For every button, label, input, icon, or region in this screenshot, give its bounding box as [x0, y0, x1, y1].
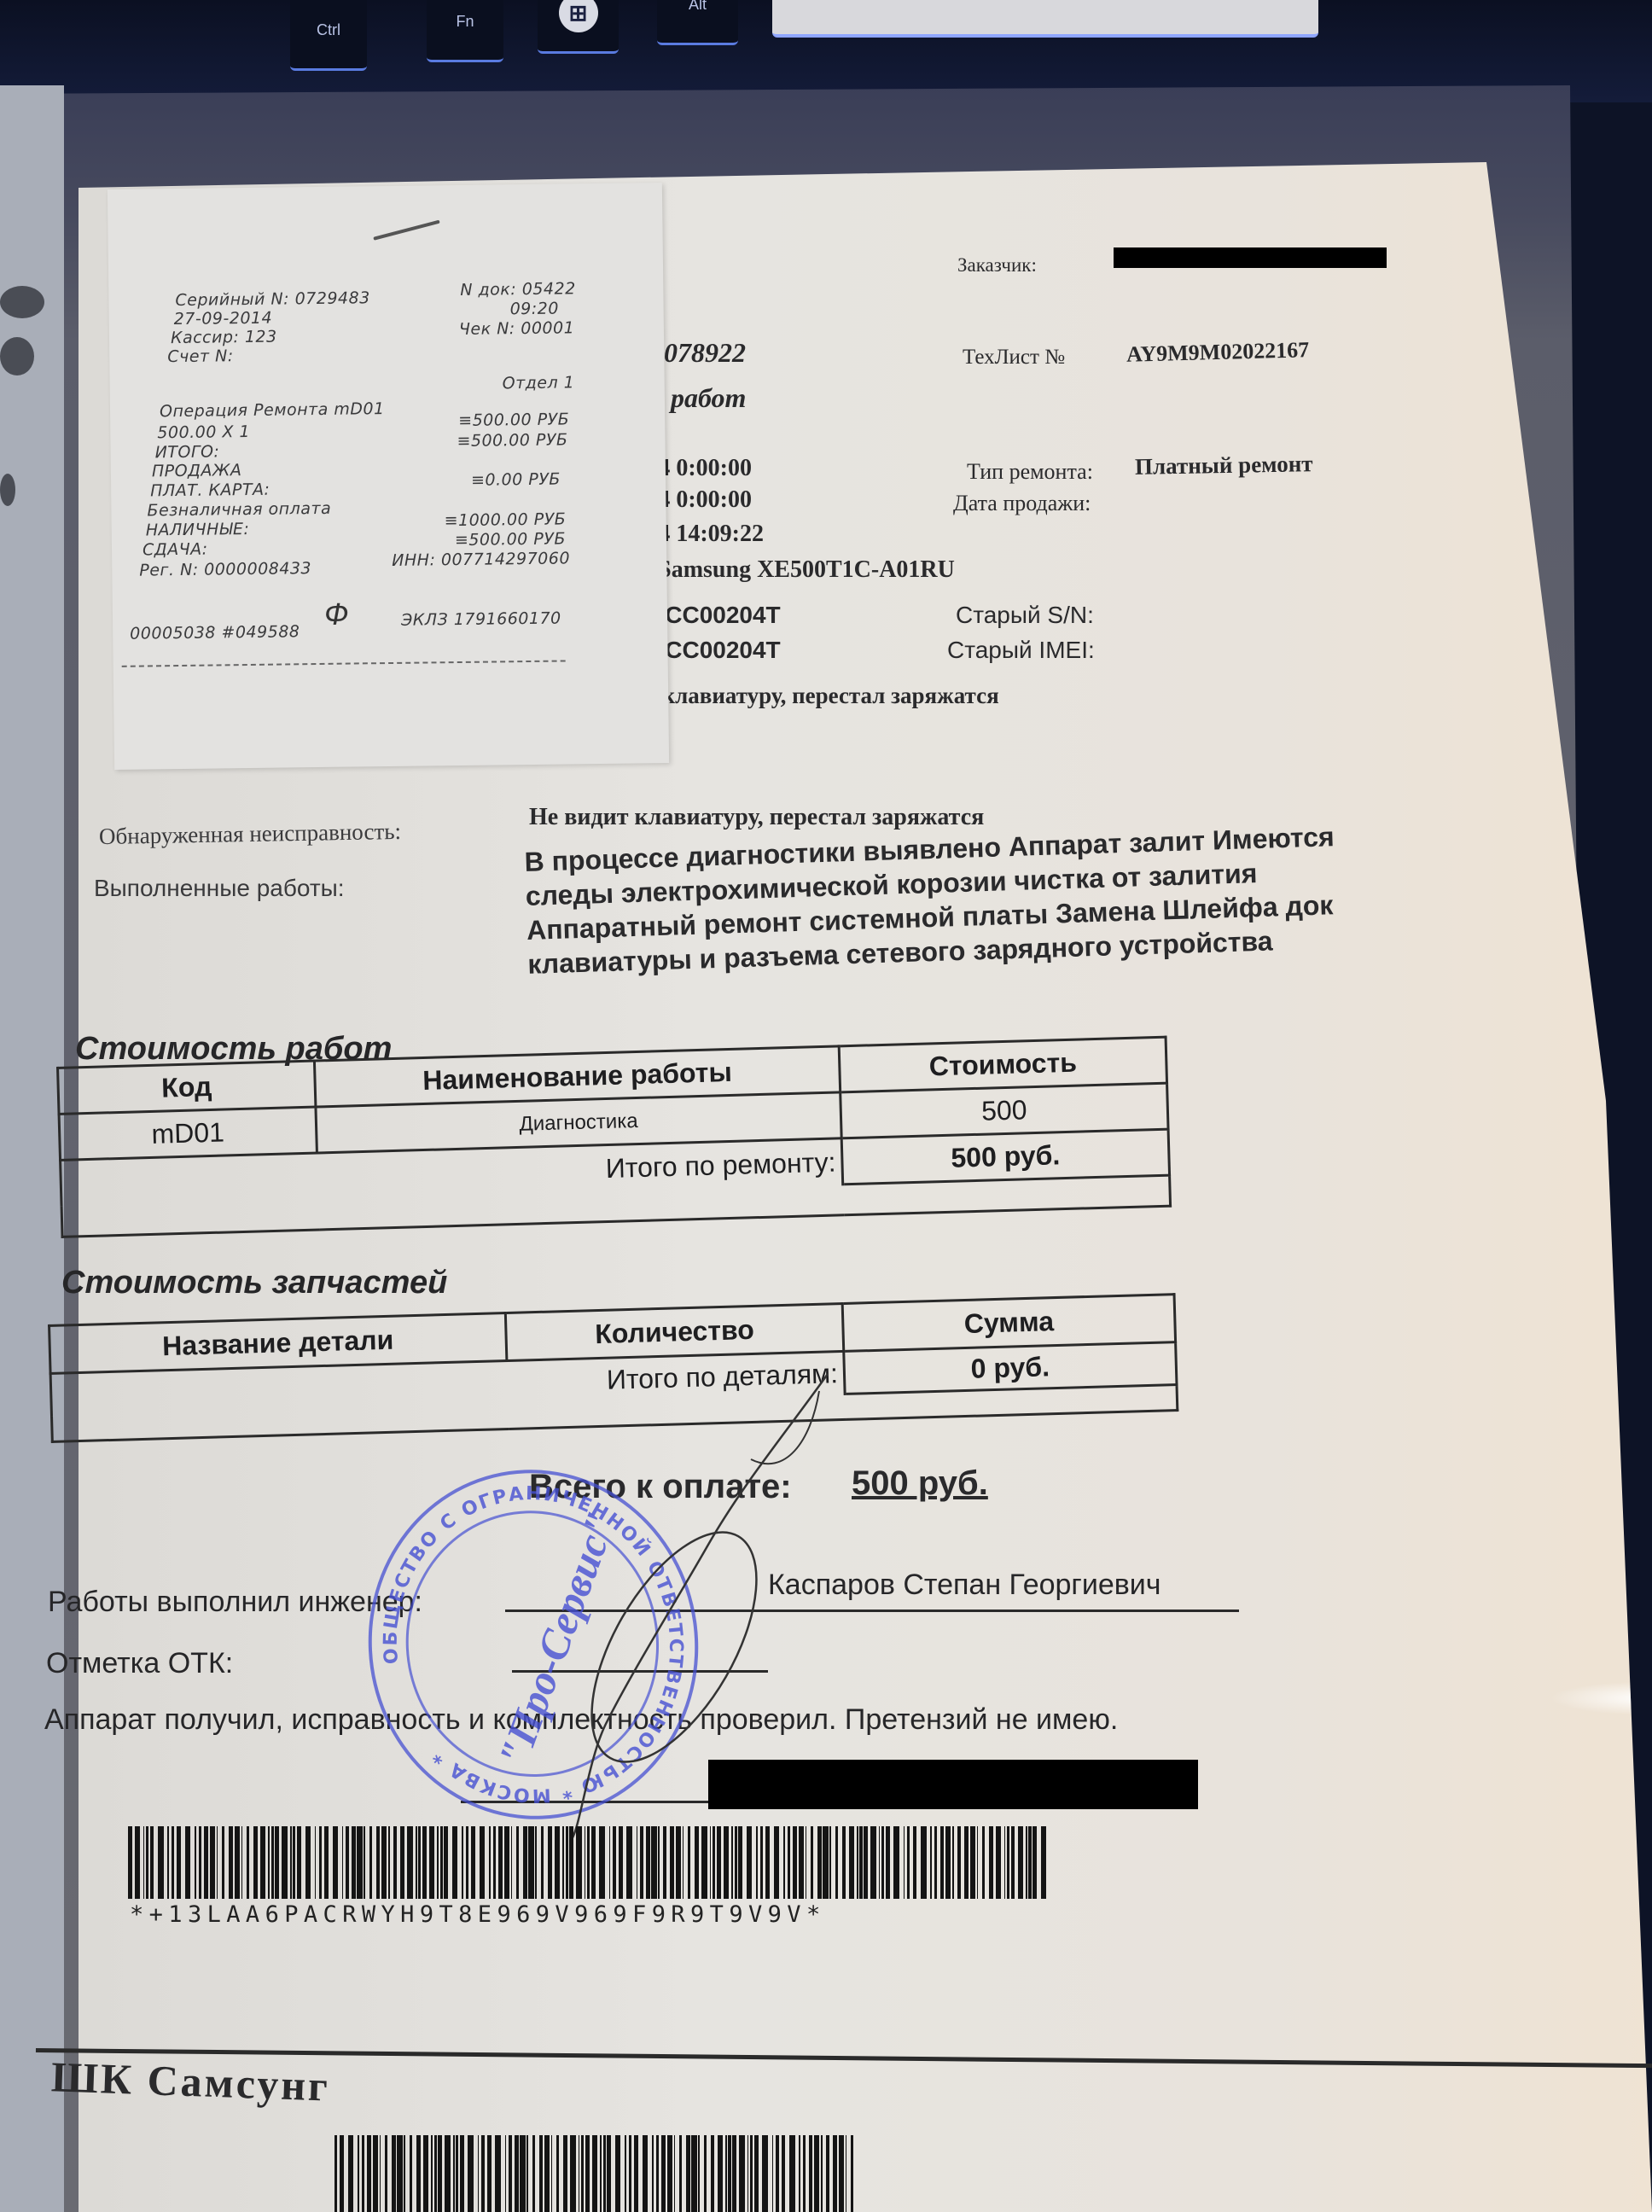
barcode-bar [444, 1826, 448, 1899]
barcode-bar [445, 2135, 450, 2212]
barcode-bar [913, 1826, 917, 1899]
barcode-bar [904, 1826, 905, 1899]
barcode-bar [217, 1826, 218, 1899]
barcode-bar [438, 2135, 442, 2212]
barcode-bar [358, 2135, 359, 2212]
order-number: 2078922 [650, 337, 746, 369]
barcode-bar [857, 1826, 858, 1899]
barcode-bar [735, 1826, 737, 1899]
barcode-bar [373, 2135, 378, 2212]
barcode-bar [821, 2135, 823, 2212]
barcode-bar [204, 1826, 208, 1899]
barcode-bar [305, 1826, 311, 1899]
barcode-bar [539, 2135, 544, 2212]
barcode-bar [964, 1826, 969, 1899]
barcode-bar [581, 2135, 584, 2212]
barcode-bar [431, 2135, 433, 2212]
barcode-bar [619, 1826, 623, 1899]
parts-table-title: Стоимость запчастей [61, 1265, 447, 1301]
barcode-bar [416, 2135, 421, 2212]
barcode-bar [599, 1826, 604, 1899]
techlist-label: ТехЛист № [963, 346, 1065, 370]
barcode-bar [701, 1826, 707, 1899]
barcode-bar [762, 2135, 767, 2212]
barcode-bar [481, 2135, 484, 2212]
barcode-bar [357, 1826, 362, 1899]
customer-label: Заказчик: [957, 254, 1037, 276]
receipt-operation: Операция Ремонта mD01 [160, 399, 385, 421]
barcode-bar [629, 2135, 631, 2212]
barcode-bar [195, 1826, 196, 1899]
barcode-bar [651, 1826, 656, 1899]
barcode-bar [520, 2135, 525, 2212]
barcode-bar [799, 2135, 800, 2212]
barcode-bar [400, 1826, 404, 1899]
barcode-bar [772, 2135, 774, 2212]
barcode-bar [658, 1826, 660, 1899]
barcode-bar [686, 2135, 690, 2212]
barcode-bar [235, 1826, 240, 1899]
otk-label: Отметка ОТК: [46, 1647, 233, 1680]
barcode-bar [418, 1826, 421, 1899]
barcode [128, 1826, 1105, 1899]
barcode-bar [393, 1826, 396, 1899]
works-done-label: Выполненные работы: [94, 875, 345, 902]
barcode-bar [940, 1826, 945, 1899]
barcode-bar [806, 1826, 807, 1899]
barcode-bar [765, 1826, 770, 1899]
barcode-bar [930, 1826, 932, 1899]
barcode-bar [498, 1826, 503, 1899]
barcode-bar [466, 1826, 468, 1899]
barcode-bar [656, 2135, 659, 2212]
barcode-bar [674, 2135, 676, 2212]
barcode-bar [615, 2135, 620, 2212]
barcode-bar [663, 1826, 666, 1899]
barcode-bar [566, 1826, 568, 1899]
barcode-bar [340, 2135, 344, 2212]
barcode-bar [711, 2135, 715, 2212]
barcode-bar [1011, 1826, 1015, 1899]
barcode-bar [185, 1826, 190, 1899]
barcode-bar [416, 1826, 417, 1899]
barcode-bar [952, 1826, 954, 1899]
barcode-bar [471, 1826, 475, 1899]
payment-total-value: 500 руб. [852, 1464, 988, 1503]
barcode-bar [835, 1826, 838, 1899]
barcode-bar [646, 1826, 650, 1899]
binder-hole-icon [0, 286, 44, 318]
binder-hole-icon [0, 337, 34, 375]
receipt-doc-no: N док: 05422 [460, 279, 576, 300]
barcode-bar [661, 2135, 666, 2212]
barcode-bar [754, 2135, 759, 2212]
barcode-bar [146, 1826, 148, 1899]
repair-type-label: Тип ремонта: [967, 459, 1093, 485]
barcode-bar [167, 1826, 169, 1899]
receipt-cash-label: НАЛИЧНЫЕ: [146, 520, 250, 539]
barcode-bar [544, 2135, 550, 2212]
receipt-qty-line: 500.00 X 1 [157, 422, 250, 442]
barcode-bar [907, 1826, 910, 1899]
barcode-bar [504, 1826, 509, 1899]
barcode-bar [849, 1826, 854, 1899]
receipt-change-label: СДАЧА: [143, 540, 208, 560]
barcode-bar [585, 2135, 590, 2212]
receipt-inn: ИНН: 007714297060 [392, 549, 570, 570]
barcode-bar [607, 2135, 611, 2212]
barcode-bar [788, 1826, 790, 1899]
light-glare [1550, 1681, 1652, 1715]
barcode-bar [870, 1826, 875, 1899]
barcode-bar [670, 1826, 674, 1899]
barcode-bar [404, 2135, 405, 2212]
barcode-bar [718, 2135, 723, 2212]
barcode-bar [823, 1826, 828, 1899]
barcode-bar [362, 2135, 364, 2212]
barcode-bar [691, 2135, 696, 2212]
barcode-bar [271, 1826, 274, 1899]
barcode-bar [799, 1826, 804, 1899]
receipt-card-amount: ≡0.00 РУБ [471, 470, 561, 490]
barcode-bar [704, 2135, 707, 2212]
barcode-bar [782, 2135, 786, 2212]
barcode-bar [275, 1826, 279, 1899]
barcode-bar [695, 1826, 699, 1899]
receipt-card-label: ПЛАТ. КАРТА: [150, 480, 270, 501]
barcode-bar [817, 1826, 822, 1899]
barcode-bar [739, 2135, 744, 2212]
ctrl-key-label: Ctrl [317, 21, 340, 39]
barcode-bar [324, 1826, 329, 1899]
barcode-bar [397, 2135, 402, 2212]
barcode-bar [385, 2135, 387, 2212]
barcode-bar [352, 1826, 356, 1899]
pen-mark [373, 220, 439, 241]
barcode-bar [859, 1826, 862, 1899]
device-model: к Samsung XE500T1C-A01RU [638, 556, 955, 584]
barcode-bar [478, 2135, 480, 2212]
barcode-bar [592, 2135, 597, 2212]
barcode-bar [199, 1826, 201, 1899]
old-imei-label: Старый IMEI: [947, 637, 1095, 664]
receipt-check-no: Чек N: 00001 [459, 318, 575, 339]
barcode-bar [732, 2135, 736, 2212]
barcode-bar [541, 1826, 544, 1899]
barcode-bar [846, 2135, 847, 2212]
barcode-bar [676, 1826, 681, 1899]
barcode-bar [833, 2135, 837, 2212]
barcode-bar [579, 2135, 580, 2212]
barcode-bar [563, 2135, 567, 2212]
barcode-bar [1028, 1826, 1031, 1899]
barcode-bar [348, 2135, 353, 2212]
barcode-bar [679, 2135, 682, 2212]
barcode-bar [515, 2135, 519, 2212]
barcode-bar [881, 1826, 884, 1899]
barcode-bar [241, 1826, 243, 1899]
barcode-bar [1018, 1826, 1023, 1899]
footer-label: ШК Самсунг [50, 2052, 331, 2110]
barcode-bar [957, 1826, 960, 1899]
receipt-footer-left: 00005038 #049588 [130, 622, 300, 643]
redacted-customer-name [1114, 247, 1387, 268]
barcode-bar [556, 2135, 559, 2212]
barcode-text: *+13LAA6PACRWYH9T8E969V969F9R9T9V9V* [130, 1901, 826, 1928]
barcode-bar [570, 2135, 575, 2212]
barcode-bar [609, 1826, 611, 1899]
barcode-bar [613, 1826, 615, 1899]
barcode-bar [453, 2135, 455, 2212]
barcode-bar [879, 1826, 881, 1899]
receipt-reg-no: Рег. N: 0000008433 [139, 559, 311, 579]
found-fault-label: Обнаруженная неисправность: [99, 818, 402, 850]
barcode-bar [576, 1826, 581, 1899]
barcode-bar [591, 1826, 596, 1899]
barcode-bar [893, 1826, 899, 1899]
barcode-bar [367, 2135, 371, 2212]
barcode-bar [1032, 1826, 1037, 1899]
barcode-bar [172, 1826, 174, 1899]
receipt-serial: Серийный N: 0729483 [175, 288, 370, 310]
barcode-bar [756, 1826, 758, 1899]
barcode-bar [509, 2135, 511, 2212]
fn-key-label: Fn [456, 13, 474, 31]
barcode-bar [710, 1826, 712, 1899]
barcode-bar [886, 1826, 890, 1899]
barcode-bar [934, 1826, 937, 1899]
barcode-bar [511, 1826, 513, 1899]
barcode-bar [260, 1826, 265, 1899]
works-done-text: В процессе диагностики выявлено Аппарат … [524, 819, 1338, 981]
barcode-bar [177, 1826, 181, 1899]
barcode-bar [829, 1826, 831, 1899]
barcode-bar [364, 1826, 365, 1899]
barcode-bar [634, 2135, 638, 2212]
barcode-bar [839, 2135, 844, 2212]
barcode-bar [587, 1826, 590, 1899]
barcode-bar [526, 2135, 528, 2212]
receipt-date: 27-09-2014 [174, 309, 273, 329]
receipt-change-amount: ≡500.00 РУБ [455, 529, 566, 550]
barcode-bar [268, 1826, 270, 1899]
barcode-bar [434, 2135, 437, 2212]
barcode-bar [738, 1826, 742, 1899]
barcode-bar [222, 1826, 224, 1899]
alt-key: Alt [657, 0, 738, 45]
barcode-bar [429, 1826, 434, 1899]
barcode-bar [297, 1826, 301, 1899]
barcode-bar [989, 1826, 993, 1899]
barcode-bar [626, 1826, 631, 1899]
fiscal-mark-icon: Ф [324, 597, 349, 632]
barcode-bar [229, 1826, 233, 1899]
barcode-bar [380, 2135, 381, 2212]
works-table-wrapper: Код Наименование работы Стоимость mD01 Д… [56, 1036, 1172, 1238]
barcode-bar [135, 1826, 140, 1899]
barcode-bar [369, 1826, 372, 1899]
footer-barcode [334, 2135, 887, 2212]
barcode-bar [603, 2135, 606, 2212]
barcode-bar [760, 1826, 763, 1899]
barcode-bar [532, 2135, 535, 2212]
barcode-bar [747, 2135, 749, 2212]
barcode-bar [282, 1826, 287, 1899]
cell-code: mD01 [59, 1107, 317, 1160]
barcode-bar [505, 2135, 507, 2212]
barcode-bar [977, 1826, 979, 1899]
barcode-bar [864, 1826, 868, 1899]
barcode-bar [1026, 1826, 1027, 1899]
fn-key: Fn [427, 0, 503, 62]
barcode-bar [487, 2135, 492, 2212]
barcode-bar [342, 1826, 344, 1899]
barcode-bar [750, 2135, 753, 2212]
barcode-bar [776, 2135, 778, 2212]
barcode-bar [667, 2135, 672, 2212]
receipt-qty-amount: ≡500.00 РУБ [458, 410, 569, 430]
barcode-bar [410, 2135, 412, 2212]
receipt-total-label: ИТОГО: [155, 442, 220, 462]
receipt-cashier: Кассир: 123 [171, 328, 277, 348]
barcode-bar [783, 1826, 785, 1899]
repair-type-value: Платный ремонт [1135, 451, 1313, 480]
works-table: Код Наименование работы Стоимость mD01 Д… [56, 1036, 1172, 1238]
barcode-bar [569, 1826, 573, 1899]
barcode-bar [523, 1826, 527, 1899]
column-header-code: Код [58, 1061, 316, 1114]
windows-key: ⊞ [538, 0, 619, 54]
barcode-bar [1007, 1826, 1009, 1899]
barcode-bar [452, 1826, 457, 1899]
receipt-time: 09:20 [509, 300, 559, 319]
barcode-bar [388, 1826, 390, 1899]
barcode-bar [717, 1826, 721, 1899]
barcode-bar [625, 2135, 626, 2212]
barcode-bar [551, 2135, 553, 2212]
barcode-bar [725, 2135, 727, 2212]
receipt-cashless-label: Безналичная оплата [147, 499, 331, 521]
sleeve-binder-strip [0, 85, 64, 2212]
barcode-bar [774, 1826, 779, 1899]
barcode-bar [422, 1826, 427, 1899]
barcode-bar [945, 1826, 951, 1899]
receipt-cash-amount: ≡1000.00 РУБ [445, 509, 567, 530]
barcode-bar [698, 2135, 700, 2212]
barcode-bar [789, 2135, 794, 2212]
barcode-bar [811, 1826, 813, 1899]
space-key [772, 0, 1318, 38]
barcode-bar [982, 1826, 985, 1899]
barcode-bar [381, 1826, 387, 1899]
barcode-bar [1004, 1826, 1006, 1899]
binder-hole-icon [0, 474, 15, 506]
barcode-bar [724, 1826, 729, 1899]
barcode-bar [456, 2135, 458, 2212]
barcode-bar [747, 1826, 752, 1899]
barcode-bar [392, 2135, 396, 2212]
barcode-bar [535, 1826, 537, 1899]
barcode-bar [851, 2135, 853, 2212]
barcode-bar [528, 1826, 533, 1899]
barcode-bar [728, 2135, 730, 2212]
receipt-account: Счет N: [167, 346, 234, 366]
barcode-bar [437, 1826, 439, 1899]
barcode-bar [489, 1826, 491, 1899]
barcode-bar [640, 1826, 643, 1899]
declared-fault-partial: ит клавиатуру, перестал заряжатся [631, 683, 999, 709]
barcode-bar [247, 1826, 249, 1899]
barcode-bar [1041, 1826, 1046, 1899]
barcode-bar [921, 1826, 926, 1899]
receipt-total-amount: ≡500.00 РУБ [457, 430, 567, 451]
barcode-bar [683, 1826, 684, 1899]
techlist-value: AY9M9M02022167 [1126, 337, 1310, 368]
receipt-eklz: ЭКЛЗ 1791660170 [401, 609, 561, 630]
barcode-bar [334, 2135, 337, 2212]
barcode-bar [826, 2135, 829, 2212]
barcode-bar [150, 1826, 154, 1899]
barcode-bar [333, 1826, 338, 1899]
barcode-bar [319, 1826, 322, 1899]
barcode-bar [290, 1826, 292, 1899]
found-fault-value: Не видит клавиатуру, перестал заряжатся [529, 804, 984, 831]
barcode-bar [731, 1826, 733, 1899]
barcode-bar [970, 1826, 975, 1899]
barcode-bar [493, 1826, 496, 1899]
barcode-bar [814, 2135, 819, 2212]
barcode-bar [585, 1826, 586, 1899]
barcode-bar [158, 1826, 163, 1899]
barcode-bar [143, 1826, 145, 1899]
alt-key-label: Alt [689, 0, 707, 14]
barcode-bar [376, 1826, 381, 1899]
receipt-tear-line [122, 660, 566, 667]
receipt-sale-label: ПРОДАЖА [152, 461, 242, 480]
barcode-bar [600, 2135, 602, 2212]
barcode-bar [293, 1826, 295, 1899]
barcode-bar [462, 1826, 463, 1899]
barcode-bar [460, 2135, 464, 2212]
cash-receipt: Серийный N: 0729483 27-09-2014 Кассир: 1… [108, 183, 669, 770]
barcode-bar [480, 1826, 485, 1899]
barcode-bar [516, 1826, 519, 1899]
barcode-bar [407, 1826, 412, 1899]
barcode-bar [637, 1826, 638, 1899]
handwritten-signature [529, 1365, 853, 1843]
barcode-bar [346, 1826, 348, 1899]
barcode-bar [793, 1826, 797, 1899]
barcode-bar [128, 1826, 132, 1899]
barcode-bar [996, 1826, 1001, 1899]
barcode-bar [688, 1826, 690, 1899]
receipt-department: Отдел 1 [503, 373, 575, 393]
barcode-bar [803, 2135, 806, 2212]
barcode-bar [555, 1826, 560, 1899]
barcode-bar [809, 2135, 813, 2212]
barcode-bar [468, 2135, 473, 2212]
barcode-bar [210, 1826, 215, 1899]
barcode-bar [315, 1826, 317, 1899]
old-sn-label: Старый S/N: [956, 602, 1094, 629]
barcode-bar [253, 1826, 258, 1899]
barcode-bar [713, 1826, 715, 1899]
barcode-bar [842, 1826, 846, 1899]
sale-date-label: Дата продажи: [953, 491, 1091, 516]
barcode-bar [495, 2135, 500, 2212]
barcode-bar [548, 1826, 552, 1899]
barcode-bar [440, 1826, 443, 1899]
